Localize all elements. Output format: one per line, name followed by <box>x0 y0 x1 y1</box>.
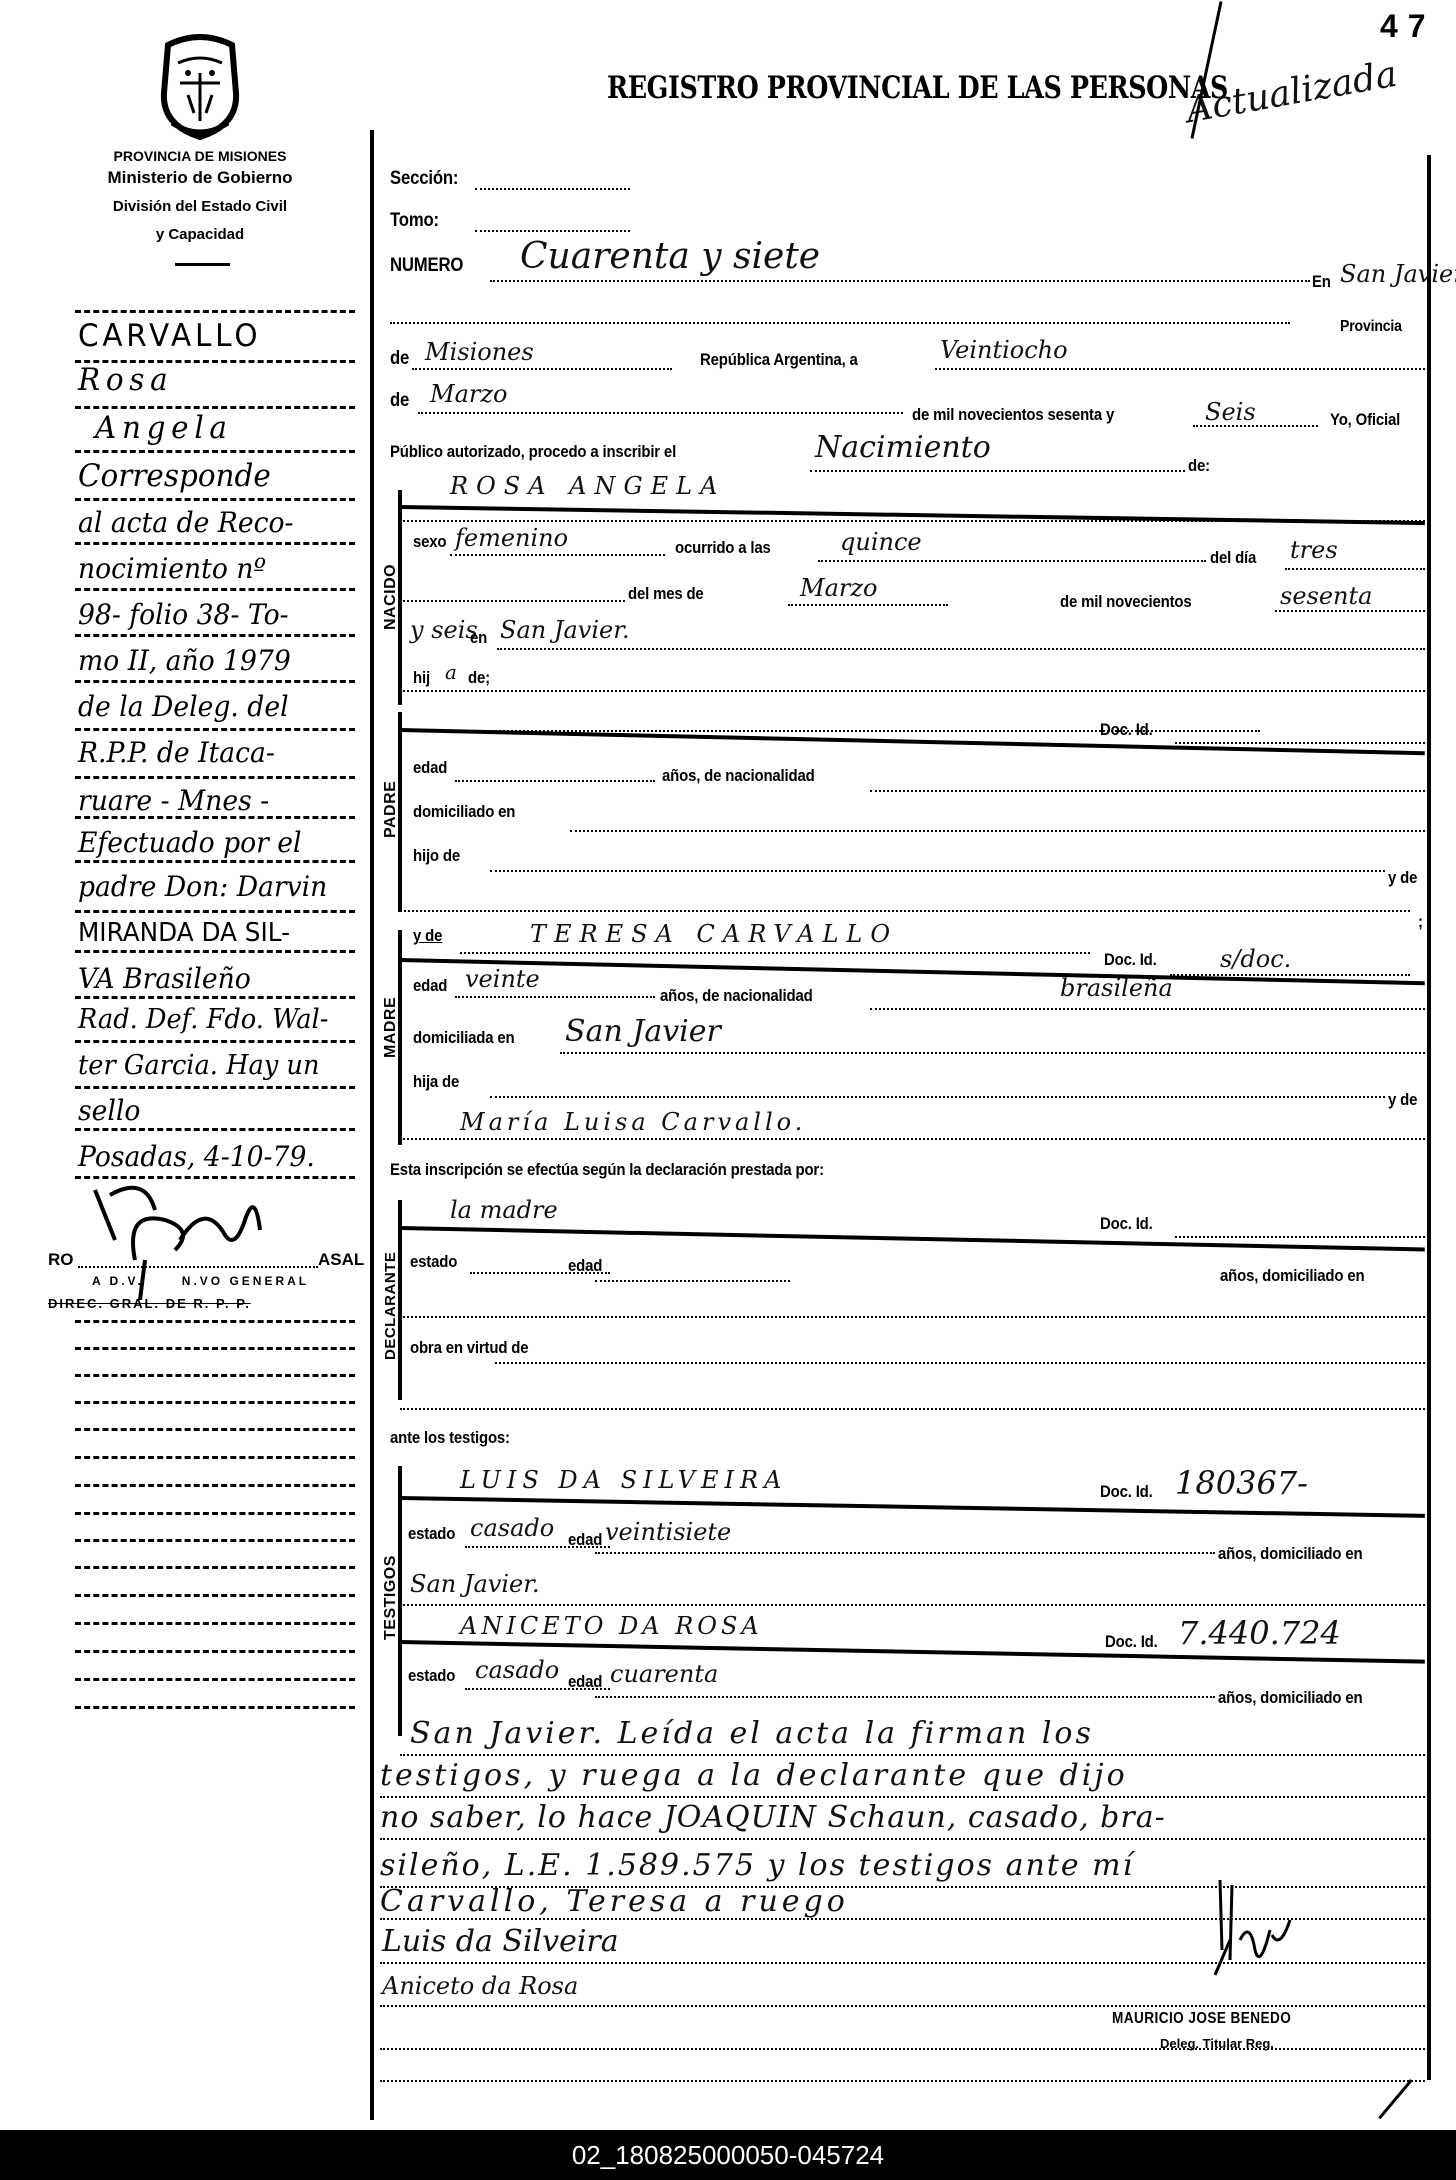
scan-id-bar: 02_180825000050-045724 <box>0 2130 1456 2180</box>
declarante-section-label: DECLARANTE <box>382 1252 399 1360</box>
closing-line-0 <box>400 1754 1425 1756</box>
del-dia-label: del día <box>1210 548 1256 568</box>
madre-doc-line <box>1170 974 1410 976</box>
anio-nac-label: de mil novecientos <box>1060 592 1192 612</box>
margin-blank-rule-1 <box>75 1347 355 1350</box>
madre-edad-line <box>455 996 655 998</box>
office-capacity: y Capacidad <box>90 226 310 243</box>
margin-top-rule <box>75 310 355 313</box>
officer-title: Deleg. Titular Reg. <box>1160 2036 1274 2051</box>
margin-blank-rule-5 <box>75 1456 355 1459</box>
padre-hijo-de-field[interactable] <box>490 870 1385 872</box>
madre-nombre-line <box>460 952 1090 954</box>
officer-signature-icon <box>1200 1880 1300 1980</box>
hora-value[interactable]: quince <box>840 528 922 556</box>
margin-rule-18 <box>75 1176 355 1179</box>
margin-line-9: R.P.P. de Itaca- <box>78 736 275 769</box>
acto-value[interactable]: Nacimiento <box>815 430 991 465</box>
margin-rule-12 <box>75 910 355 913</box>
republica-label: República Argentina, a <box>700 350 858 370</box>
margin-blank-rule-6 <box>75 1484 355 1487</box>
en-label: En <box>1312 272 1331 292</box>
de-colon-label: de: <box>1188 456 1210 476</box>
madre-nombre[interactable]: TERESA CARVALLO <box>530 920 898 948</box>
closing-line-6 <box>380 2005 1425 2007</box>
oficial-label: Yo, Oficial <box>1330 410 1400 430</box>
margin-line-13: MIRANDA DA SIL- <box>78 918 290 948</box>
tomo-field[interactable] <box>475 230 630 232</box>
margin-rule-13 <box>75 950 355 953</box>
stamp-line1: RO <box>48 1250 74 1270</box>
padre-nacionalidad-label: años, de nacionalidad <box>662 766 815 786</box>
margin-line-17: sello <box>78 1094 140 1127</box>
testigo2-edad-label: edad <box>568 1672 602 1692</box>
hij-de-label: de; <box>468 668 490 688</box>
madre-edad-value[interactable]: veinte <box>465 965 540 993</box>
margin-rule-16 <box>75 1086 355 1089</box>
closing-text-0[interactable]: San Javier. Leída el acta la firman los <box>410 1716 1094 1751</box>
border-corner <box>1378 2079 1412 2119</box>
margin-rule-15 <box>75 1040 355 1043</box>
margin-blank-rule-8 <box>75 1539 355 1542</box>
margin-rule-9 <box>75 776 355 779</box>
margin-blank-rule-12 <box>75 1650 355 1653</box>
margin-line-14: VA Brasileño <box>78 962 251 995</box>
seccion-field[interactable] <box>475 188 630 190</box>
provincia-label: Provincia <box>1340 318 1402 336</box>
nacido-section-label: NACIDO <box>382 564 400 630</box>
margin-blank-rule-13 <box>75 1678 355 1681</box>
testigo1-domicilio-label: años, domiciliado en <box>1218 1544 1362 1564</box>
madre-y-de-label: y de <box>413 926 442 946</box>
padre-hijo-de-label: hijo de <box>413 846 460 866</box>
margin-divider <box>370 130 374 2120</box>
margin-line-16: ter Garcia. Hay un <box>78 1050 319 1081</box>
madre-doc-label: Doc. Id. <box>1104 950 1157 970</box>
margin-line-12: padre Don: Darvin <box>78 870 327 903</box>
madre-domicilio-line <box>560 1052 1425 1054</box>
declarante-intro: Esta inscripción se efectúa según la dec… <box>390 1160 824 1180</box>
margin-rule-17 <box>75 1128 355 1131</box>
testigo2-doc-label: Doc. Id. <box>1105 1632 1158 1652</box>
margin-line-10: ruare - Mnes - <box>78 784 269 817</box>
madre-domicilio-value[interactable]: San Javier <box>565 1014 721 1049</box>
office-province: PROVINCIA DE MISIONES <box>90 148 310 164</box>
officer-name: MAURICIO JOSE BENEDO <box>1112 2010 1291 2028</box>
margin-rule-7 <box>75 680 355 683</box>
margin-blank-rule-4 <box>75 1428 355 1431</box>
mes-line <box>418 412 903 414</box>
madre-doc-value[interactable]: s/doc. <box>1220 945 1291 973</box>
dia-nac-line <box>1285 568 1425 570</box>
margin-blank-rule-11 <box>75 1622 355 1625</box>
dia-nac-value[interactable]: tres <box>1290 536 1338 564</box>
margin-blank-rule-10 <box>75 1594 355 1597</box>
declarante-obra-label: obra en virtud de <box>410 1338 528 1358</box>
madre-nacionalidad-value[interactable]: brasileña <box>1060 974 1173 1002</box>
margin-line-5: nocimiento nº <box>78 552 266 585</box>
testigo2-estado-value[interactable]: casado <box>475 1656 559 1684</box>
testigo2-edad-line <box>595 1696 1215 1698</box>
testigos-intro: ante los testigos: <box>390 1428 510 1448</box>
sexo-value[interactable]: femenino <box>455 524 568 552</box>
closing-text-2[interactable]: no saber, lo hace JOAQUIN Schaun, casado… <box>380 1800 1166 1835</box>
numero-value[interactable]: Cuarenta y siete <box>520 236 820 277</box>
padre-semicolon: ; <box>1418 912 1423 932</box>
office-ministry: Ministerio de Gobierno <box>80 168 320 188</box>
testigo1-estado-label: estado <box>408 1524 455 1544</box>
testigo2-doc-value[interactable]: 7.440.724 <box>1178 1614 1341 1652</box>
anio-label: de mil novecientos sesenta y <box>912 405 1114 425</box>
dia-value[interactable]: Veintiocho <box>940 336 1068 364</box>
padre-domicilio-label: domiciliado en <box>413 802 515 822</box>
de2-label: de <box>390 390 409 412</box>
tomo-label: Tomo: <box>390 210 439 232</box>
testigo2-domicilio-label: años, domiciliado en <box>1218 1688 1362 1708</box>
closing-line-8 <box>380 2080 1425 2082</box>
declarante-nombre[interactable]: la madre <box>450 1196 558 1224</box>
right-border <box>1427 155 1431 2080</box>
margin-blank-rule-14 <box>75 1706 355 1709</box>
stamp-line1-end: ASAL <box>318 1250 364 1270</box>
margin-rule-6 <box>75 634 355 637</box>
margin-rule-1 <box>75 406 355 409</box>
margin-rule-8 <box>75 728 355 731</box>
provincia-line <box>412 368 672 370</box>
dia-cont-line <box>400 600 625 602</box>
margin-blank-rule-0 <box>75 1320 355 1323</box>
anio-nac-value[interactable]: sesenta <box>1280 582 1372 610</box>
lugar-line <box>497 648 1425 650</box>
closing-line-2 <box>380 1838 1425 1840</box>
madre-nacionalidad-line <box>870 1008 1425 1010</box>
margin-line-2: Angela <box>95 410 233 446</box>
title-annotation: Actualizada <box>1183 54 1400 131</box>
divider <box>175 263 230 266</box>
testigo1-edad-line <box>595 1552 1215 1554</box>
padre-edad-label: edad <box>413 758 447 778</box>
seccion-label: Sección: <box>390 168 458 190</box>
sexo-line <box>450 554 665 556</box>
publico-label: Público autorizado, procedo a inscribir … <box>390 442 676 462</box>
acto-line <box>810 470 1185 472</box>
margin-blank-rule-2 <box>75 1374 355 1377</box>
declarante-edad-label: edad <box>568 1256 602 1276</box>
margin-line-6: 98- folio 38- To- <box>78 598 289 631</box>
hij-label: hij <box>413 668 430 688</box>
en-value[interactable]: San Javier <box>1340 260 1456 288</box>
ocurrido-label: ocurrido a las <box>675 538 771 558</box>
name-underline <box>400 505 1425 525</box>
testigo2-edad-value[interactable]: cuarenta <box>610 1660 718 1688</box>
de-label: de <box>390 348 409 370</box>
testigo1-edad-label: edad <box>568 1530 602 1550</box>
testigos-section-label: TESTIGOS <box>382 1555 400 1640</box>
stamp-line3: DIREC. GRAL. DE R. P. P. <box>48 1296 251 1311</box>
madre-padres-line <box>400 1138 1425 1140</box>
margin-blank-rule-7 <box>75 1512 355 1515</box>
closing-text-5[interactable]: Luis da Silveira <box>382 1924 619 1959</box>
margin-blank-rule-3 <box>75 1401 355 1404</box>
margin-rule-5 <box>75 588 355 591</box>
mes-nac-line <box>788 604 948 606</box>
declarante-domicilio-field[interactable] <box>400 1316 1425 1318</box>
madre-y-de2-label: y de <box>1388 1090 1417 1110</box>
padre-doc-field[interactable] <box>1175 742 1425 744</box>
en-nac-label: en <box>470 628 487 648</box>
mes-value[interactable]: Marzo <box>430 380 507 408</box>
margin-line-0: CARVALLO <box>78 318 261 354</box>
closing-text-4[interactable]: Carvallo, Teresa a ruego <box>380 1884 849 1919</box>
testigo1-nombre[interactable]: LUIS DA SILVEIRA <box>460 1466 787 1494</box>
anio-nac-cont[interactable]: y seis <box>410 616 478 644</box>
anio-value[interactable]: Seis <box>1205 398 1256 426</box>
padre-y-de-field[interactable] <box>400 910 1410 912</box>
madre-nacionalidad-label: años, de nacionalidad <box>660 986 813 1006</box>
margin-line-15: Rad. Def. Fdo. Wal- <box>78 1004 328 1035</box>
numero-line <box>490 280 1310 282</box>
del-mes-label: del mes de <box>628 584 704 604</box>
testigo1-domicilio-line <box>400 1604 1425 1606</box>
margin-line-4: al acta de Reco- <box>78 506 293 539</box>
margin-line-8: de la Deleg. del <box>78 690 289 723</box>
testigo1-edad-value[interactable]: veintisiete <box>605 1518 731 1546</box>
provincia-value[interactable]: Misiones <box>425 338 534 366</box>
nacido-nombre[interactable]: ROSA ANGELA <box>450 472 725 500</box>
padre-domicilio-field[interactable] <box>570 830 1425 832</box>
madre-domicilio-label: domiciliada en <box>413 1028 514 1048</box>
page-number: 47 <box>1380 8 1436 45</box>
margin-line-18: Posadas, 4-10-79. <box>78 1140 315 1173</box>
closing-text-1[interactable]: testigos, y ruega a la declarante que di… <box>380 1758 1128 1793</box>
margin-line-7: mo II, año 1979 <box>78 644 291 677</box>
testigo1-doc-label: Doc. Id. <box>1100 1482 1153 1502</box>
declarante-domicilio-label: años, domiciliado en <box>1220 1266 1364 1286</box>
madre-hija-de-line <box>490 1096 1385 1098</box>
padre-section-label: PADRE <box>382 781 400 838</box>
margin-rule-4 <box>75 542 355 545</box>
testigo2-nombre[interactable]: ANICETO DA ROSA <box>460 1612 763 1640</box>
margin-line-3: Corresponde <box>78 458 271 494</box>
madre-edad-label: edad <box>413 976 447 996</box>
testigo1-domicilio-value[interactable]: San Javier. <box>410 1570 540 1598</box>
margin-blank-rule-9 <box>75 1566 355 1569</box>
margin-line-11: Efectuado por el <box>78 826 302 859</box>
padre-nacionalidad-field[interactable] <box>870 790 1425 792</box>
padre-edad-field[interactable] <box>455 780 655 782</box>
margin-line-1: Rosa <box>78 362 173 398</box>
margin-rule-3 <box>75 498 355 501</box>
anio-nac-line <box>1275 610 1425 612</box>
testigo2-estado-label: estado <box>408 1666 455 1686</box>
declarante-underline <box>400 1226 1425 1251</box>
declarante-obra-field[interactable] <box>495 1362 1425 1364</box>
hora-line <box>818 560 1206 562</box>
sexo-label: sexo <box>413 532 446 552</box>
page-title: REGISTRO PROVINCIAL DE LAS PERSONAS <box>607 70 1228 106</box>
nombre-line <box>400 520 1425 522</box>
location-line <box>390 322 1290 324</box>
declarante-estado-label: estado <box>410 1252 457 1272</box>
declarante-doc-field[interactable] <box>1175 1236 1425 1238</box>
numero-label: NUMERO <box>390 255 463 277</box>
hij-suffix[interactable]: a <box>445 660 457 684</box>
margin-rule-10 <box>75 816 355 819</box>
closing-line-1 <box>380 1796 1425 1798</box>
testigo1-estado-value[interactable]: casado <box>470 1514 554 1542</box>
stamp-rule <box>78 1266 318 1268</box>
declarante-obra-field-2[interactable] <box>400 1408 1425 1410</box>
lugar-value[interactable]: San Javier. <box>500 616 630 644</box>
stamp-line2: A D.V. N.VO GENERAL <box>92 1274 309 1288</box>
testigo1-doc-value[interactable]: 180367- <box>1175 1464 1308 1502</box>
closing-text-6[interactable]: Aniceto da Rosa <box>382 1972 578 2000</box>
margin-rule-2 <box>75 450 355 453</box>
madre-hija-de-label: hija de <box>413 1072 459 1092</box>
madre-section-label: MADRE <box>382 997 400 1058</box>
dia-line <box>935 368 1425 370</box>
padre-y-de-label: y de <box>1388 868 1417 888</box>
padre-doc-label: Doc. Id. <box>1100 720 1153 740</box>
declarante-edad-field[interactable] <box>595 1280 790 1282</box>
margin-rule-11 <box>75 860 355 863</box>
madre-padres-value[interactable]: María Luisa Carvallo. <box>460 1108 806 1136</box>
mes-nac-value[interactable]: Marzo <box>800 574 877 602</box>
closing-text-3[interactable]: sileño, L.E. 1.589.575 y los testigos an… <box>380 1848 1134 1883</box>
margin-rule-14 <box>75 996 355 999</box>
declarante-doc-label: Doc. Id. <box>1100 1214 1153 1234</box>
coat-of-arms-icon <box>158 33 242 141</box>
hij-line <box>400 690 1425 692</box>
office-division: División del Estado Civil <box>90 198 310 215</box>
